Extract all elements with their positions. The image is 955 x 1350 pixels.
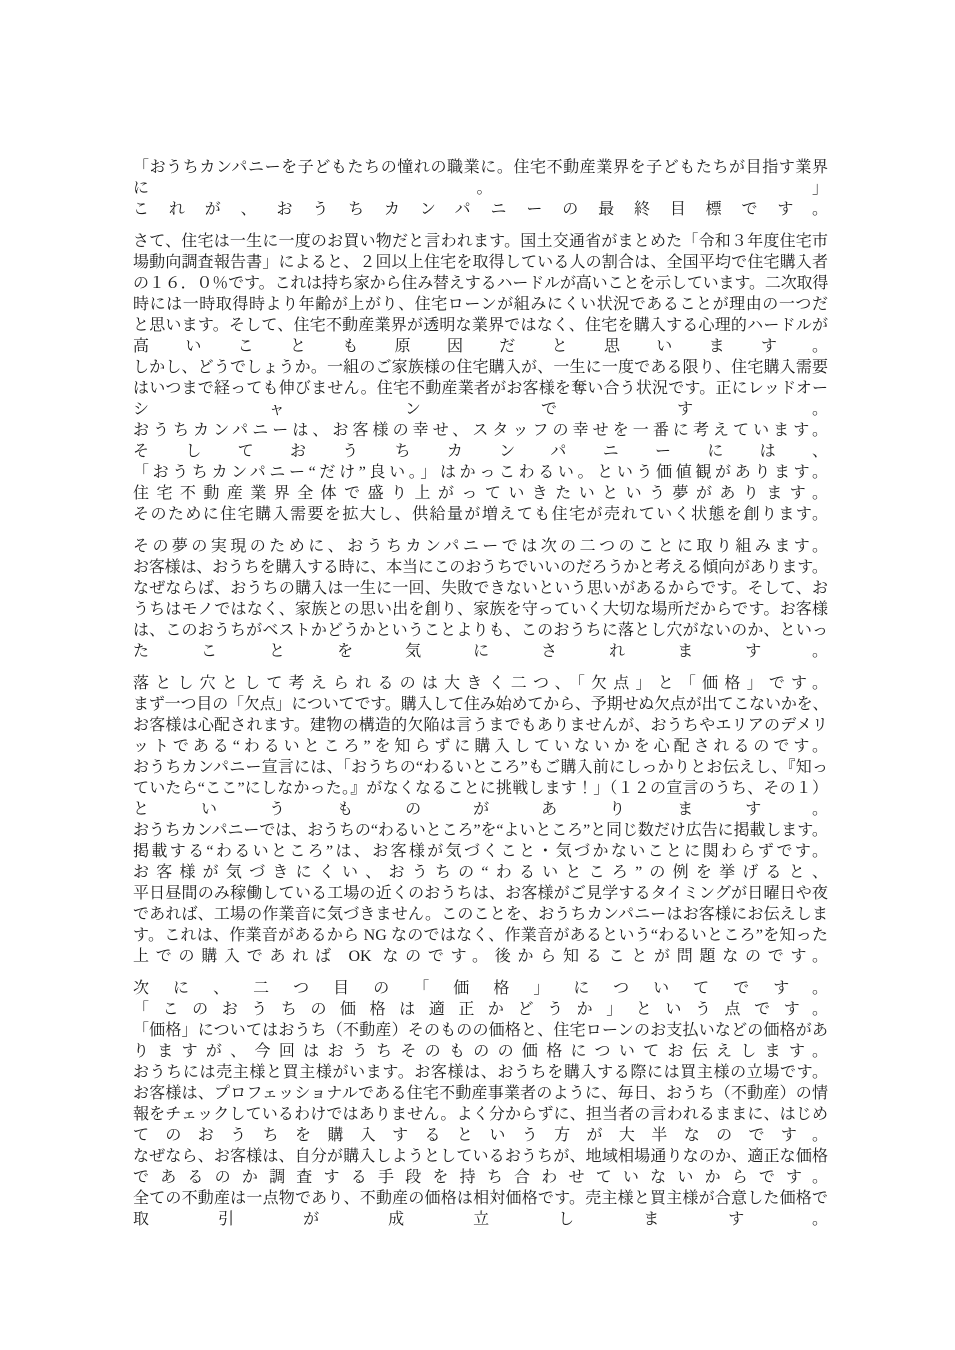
text-line: たことを気にされます。 xyxy=(133,641,828,662)
text-line: そのために住宅購入需要を拡大し、供給量が増えても住宅が売れていく状態を創ります。 xyxy=(133,504,828,525)
document-body: 「おうちカンパニーを子どもたちの憧れの職業に。住宅不動産業界を子どもたちが目指す… xyxy=(133,157,828,1230)
text-line: の１６．０％です。これは持ち家から住み替えするハードルが高いことを示しています。… xyxy=(133,273,828,294)
text-line: 「このおうちの価格は適正かどうか」という点です。 xyxy=(133,999,828,1020)
text-line: 掲載する“わるいところ”は、お客様が気づくこと・気づかないことに関わらずです。 xyxy=(133,841,828,862)
text-line: 取引が成立します。 xyxy=(133,1209,828,1230)
text-line: お客様は心配されます。建物の構造的欠陥は言うまでもありませんが、おうちやエリアの… xyxy=(133,715,828,736)
text-line: なぜならば、おうちの購入は一生に一回、失敗できないという思いがあるからです。そし… xyxy=(133,578,828,599)
text-line: おうちには売主様と買主様がいます。お客様は、おうちを購入する際には買主様の立場で… xyxy=(133,1062,828,1083)
text-line: まず一つ目の「欠点」についてです。購入して住み始めてから、予期せぬ欠点が出てこな… xyxy=(133,694,828,715)
text-line: おうちカンパニーでは、おうちの“わるいところ”を“よいところ”と同じ数だけ広告に… xyxy=(133,820,828,841)
text-line: であれば、工場の作業音に気づきません。このことを、おうちカンパニーはお客様にお伝… xyxy=(133,904,828,925)
document-page: { "page": { "background_color": "#ffffff… xyxy=(0,0,955,1350)
text-line: ていたら“ここ”にしなかった。』がなくなることに挑戦します！」（１２の宣言のうち… xyxy=(133,778,828,799)
text-line: 住宅不動産業界全体で盛り上がっていきたいという夢があります。 xyxy=(133,483,828,504)
text-line: 平日昼間のみ稼働している工場の近くのおうちは、お客様がご見学するタイミングが日曜… xyxy=(133,883,828,904)
text-line: であるのか調査する手段を持ち合わせていないからです。 xyxy=(133,1167,828,1188)
text-line: 報をチェックしているわけではありません。よく分からずに、担当者の言われるままに、… xyxy=(133,1104,828,1125)
text-line: ットである“わるいところ”を知らずに購入していないかを心配されるのです。 xyxy=(133,736,828,757)
text-line: 落とし穴として考えられるのは大きく二つ、「欠点」と「価格」です。 xyxy=(133,673,828,694)
text-line: お客様は、おうちを購入する時に、本当にこのおうちでいいのだろうかと考える傾向があ… xyxy=(133,557,828,578)
text-line: さて、住宅は一生に一度のお買い物だと言われます。国土交通省がまとめた「令和３年度… xyxy=(133,231,828,252)
text-line: お客様が気づきにくい、おうちの“わるいところ”の例を挙げると、 xyxy=(133,862,828,883)
text-line: と思います。そして、住宅不動産業界が透明な業界ではなく、住宅を購入する心理的ハー… xyxy=(133,315,828,336)
text-line: うちはモノではなく、家族との思い出を創り、家族を守っていく大切な場所だからです。… xyxy=(133,599,828,620)
paragraph: 次に、二つ目の「価格」についてです。「このおうちの価格は適正かどうか」という点で… xyxy=(133,978,828,1230)
text-line: に。」 xyxy=(133,178,828,199)
paragraph: その夢の実現のために、おうちカンパニーでは次の二つのことに取り組みます。お客様は… xyxy=(133,536,828,662)
text-line: 時には一時取得時より年齢が上がり、住宅ローンが組みにくい状況であることが理由の一… xyxy=(133,294,828,315)
text-line: 「おうちカンパニーを子どもたちの憧れの職業に。住宅不動産業界を子どもたちが目指す… xyxy=(133,157,828,178)
text-line: その夢の実現のために、おうちカンパニーでは次の二つのことに取り組みます。 xyxy=(133,536,828,557)
text-line: なぜなら、お客様は、自分が購入しようとしているおうちが、地域相場通りなのか、適正… xyxy=(133,1146,828,1167)
paragraph: 「おうちカンパニーを子どもたちの憧れの職業に。住宅不動産業界を子どもたちが目指す… xyxy=(133,157,828,220)
text-line: す。これは、作業音があるから NG なのではなく、作業音があるという“わるいとこ… xyxy=(133,925,828,946)
text-line: 全ての不動産は一点物であり、不動産の価格は相対価格です。売主様と買主様が合意した… xyxy=(133,1188,828,1209)
text-line: そしておうちカンパニーには、 xyxy=(133,441,828,462)
text-line: おうちカンパニー宣言には、「おうちの“わるいところ”もご購入前にしっかりとお伝え… xyxy=(133,757,828,778)
text-line: はいつまで経っても伸びません。住宅不動産業者がお客様を奪い合う状況です。正にレッ… xyxy=(133,378,828,399)
text-line: 上での購入であれば OK なのです。後から知ることが問題なのです。 xyxy=(133,946,828,967)
paragraph: 落とし穴として考えられるのは大きく二つ、「欠点」と「価格」です。まず一つ目の「欠… xyxy=(133,673,828,967)
text-line: というものがあります。 xyxy=(133,799,828,820)
text-line: お客様は、プロフェッショナルである住宅不動産事業者のように、毎日、おうち（不動産… xyxy=(133,1083,828,1104)
text-line: 場動向調査報告書」によると、２回以上住宅を取得している人の割合は、全国平均で住宅… xyxy=(133,252,828,273)
text-line: 「おうちカンパニー“だけ”良い。」はかっこわるい。という価値観があります。 xyxy=(133,462,828,483)
text-line: りますが、今回はおうちそのものの価格についてお伝えします。 xyxy=(133,1041,828,1062)
paragraph: さて、住宅は一生に一度のお買い物だと言われます。国土交通省がまとめた「令和３年度… xyxy=(133,231,828,525)
text-line: おうちカンパニーは、お客様の幸せ、スタッフの幸せを一番に考えています。 xyxy=(133,420,828,441)
text-line: は、このおうちがベストかどうかということよりも、このおうちに落とし穴がないのか、… xyxy=(133,620,828,641)
text-line: 次に、二つ目の「価格」についてです。 xyxy=(133,978,828,999)
text-line: これが、おうちカンパニーの最終目標です。 xyxy=(133,199,828,220)
text-line: しかし、どうでしょうか。一組のご家族様の住宅購入が、一生に一度である限り、住宅購… xyxy=(133,357,828,378)
text-line: 「価格」についてはおうち（不動産）そのものの価格と、住宅ローンのお支払いなどの価… xyxy=(133,1020,828,1041)
text-line: シャンです。 xyxy=(133,399,828,420)
text-line: てのおうちを購入するという方が大半なのです。 xyxy=(133,1125,828,1146)
text-line: 高いことも原因だと思います。 xyxy=(133,336,828,357)
